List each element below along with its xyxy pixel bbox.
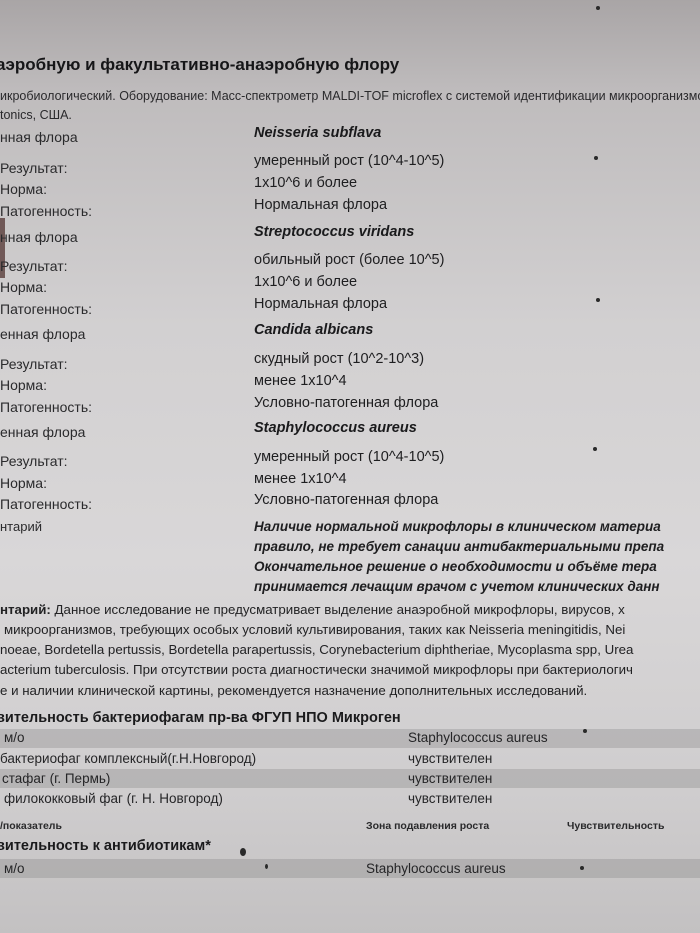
norm-label: Норма: bbox=[0, 475, 47, 491]
pathogenicity-label: Патогенность: bbox=[0, 203, 92, 219]
comment-line: Окончательное решение о необходимости и … bbox=[254, 559, 657, 574]
result-label: Результат: bbox=[0, 160, 68, 176]
organism-name: Streptococcus viridans bbox=[254, 224, 414, 240]
norm-label: Норма: bbox=[0, 181, 47, 197]
note-line: микроорганизмов, требующих особых услови… bbox=[4, 622, 625, 637]
norm-value: менее 1x10^4 bbox=[254, 471, 347, 487]
norm-value: 1x10^6 и более bbox=[254, 175, 357, 191]
flora-label: нная флора bbox=[0, 229, 78, 245]
comment-line: правило, не требует санации антибактериа… bbox=[254, 539, 664, 554]
note-line: noeae, Bordetella pertussis, Bordetella … bbox=[0, 642, 633, 657]
table-row-name: бактериофаг комплексный(г.Н.Новгород) bbox=[0, 751, 256, 766]
result-value: умеренный рост (10^4-10^5) bbox=[254, 449, 444, 465]
antibiotic-section-title: вительность к антибиотикам* bbox=[0, 838, 211, 854]
flora-label: нная флора bbox=[0, 129, 78, 145]
table-row-name: филококковый фаг (г. Н. Новгород) bbox=[4, 791, 223, 806]
antibiotic-header-col1: м/о bbox=[4, 861, 25, 876]
result-value: умеренный рост (10^4-10^5) bbox=[254, 153, 444, 169]
flora-label: енная флора bbox=[0, 424, 85, 440]
phage-header-col1: м/о bbox=[4, 730, 25, 745]
table-row-name: стафаг (г. Пермь) bbox=[2, 771, 110, 786]
section-title: аэробную и факультативно-анаэробную флор… bbox=[0, 55, 399, 75]
result-label: Результат: bbox=[0, 453, 68, 469]
organism-name: Staphylococcus aureus bbox=[254, 420, 417, 436]
phage-section-title: вительность бактериофагам пр-ва ФГУП НПО… bbox=[0, 710, 401, 726]
pathogenicity-label: Патогенность: bbox=[0, 301, 92, 317]
organism-name: Candida albicans bbox=[254, 322, 373, 338]
norm-value: 1x10^6 и более bbox=[254, 274, 357, 290]
phage-header-col2: Staphylococcus aureus bbox=[408, 730, 548, 745]
note-label: нтарий: bbox=[0, 602, 51, 617]
norm-label: Норма: bbox=[0, 279, 47, 295]
pathogenicity-value: Условно-патогенная флора bbox=[254, 492, 438, 508]
pathogenicity-value: Нормальная флора bbox=[254, 296, 387, 312]
comment-line: Наличие нормальной микрофлоры в клиничес… bbox=[254, 519, 661, 534]
pathogenicity-value: Условно-патогенная флора bbox=[254, 395, 438, 411]
result-label: Результат: bbox=[0, 258, 68, 274]
antibiotic-col-header-1: /показатель bbox=[0, 820, 62, 832]
ink-speck bbox=[596, 298, 600, 302]
note-text: Данное исследование не предусматривает в… bbox=[55, 602, 625, 617]
flora-label: енная флора bbox=[0, 326, 85, 342]
table-row-value: чувствителен bbox=[408, 771, 492, 786]
comment-label: нтарий bbox=[0, 519, 42, 534]
comment-line: принимается лечащим врачом с учетом клин… bbox=[254, 579, 660, 594]
ink-speck bbox=[265, 864, 268, 869]
pathogenicity-value: Нормальная флора bbox=[254, 197, 387, 213]
ink-speck bbox=[593, 447, 597, 451]
norm-value: менее 1x10^4 bbox=[254, 373, 347, 389]
table-row-value: чувствителен bbox=[408, 791, 492, 806]
antibiotic-col-header-2: Зона подавления роста bbox=[366, 820, 489, 832]
method-line: tonics, США. bbox=[0, 108, 72, 122]
norm-label: Норма: bbox=[0, 377, 47, 393]
note-line: acterium tuberculosis. При отсутствии ро… bbox=[0, 662, 633, 677]
ink-speck bbox=[594, 156, 598, 160]
pathogenicity-label: Патогенность: bbox=[0, 496, 92, 512]
ink-speck bbox=[583, 729, 587, 733]
organism-name: Neisseria subflava bbox=[254, 125, 381, 141]
ink-speck bbox=[240, 848, 246, 856]
table-header-bg bbox=[0, 859, 700, 878]
table-header-bg bbox=[0, 729, 700, 748]
result-value: обильный рост (более 10^5) bbox=[254, 252, 444, 268]
note-line: нтарий: Данное исследование не предусмат… bbox=[0, 602, 625, 617]
method-line: икробиологический. Оборудование: Масс-сп… bbox=[0, 89, 700, 103]
pathogenicity-label: Патогенность: bbox=[0, 399, 92, 415]
note-line: е и наличии клинической картины, рекомен… bbox=[0, 683, 587, 698]
ink-speck bbox=[596, 6, 600, 10]
table-row-value: чувствителен bbox=[408, 751, 492, 766]
result-label: Результат: bbox=[0, 356, 68, 372]
antibiotic-col-header-3: Чувствительность bbox=[567, 820, 664, 832]
result-value: скудный рост (10^2-10^3) bbox=[254, 351, 424, 367]
antibiotic-header-col2: Staphylococcus aureus bbox=[366, 861, 506, 876]
ink-speck bbox=[580, 866, 584, 870]
